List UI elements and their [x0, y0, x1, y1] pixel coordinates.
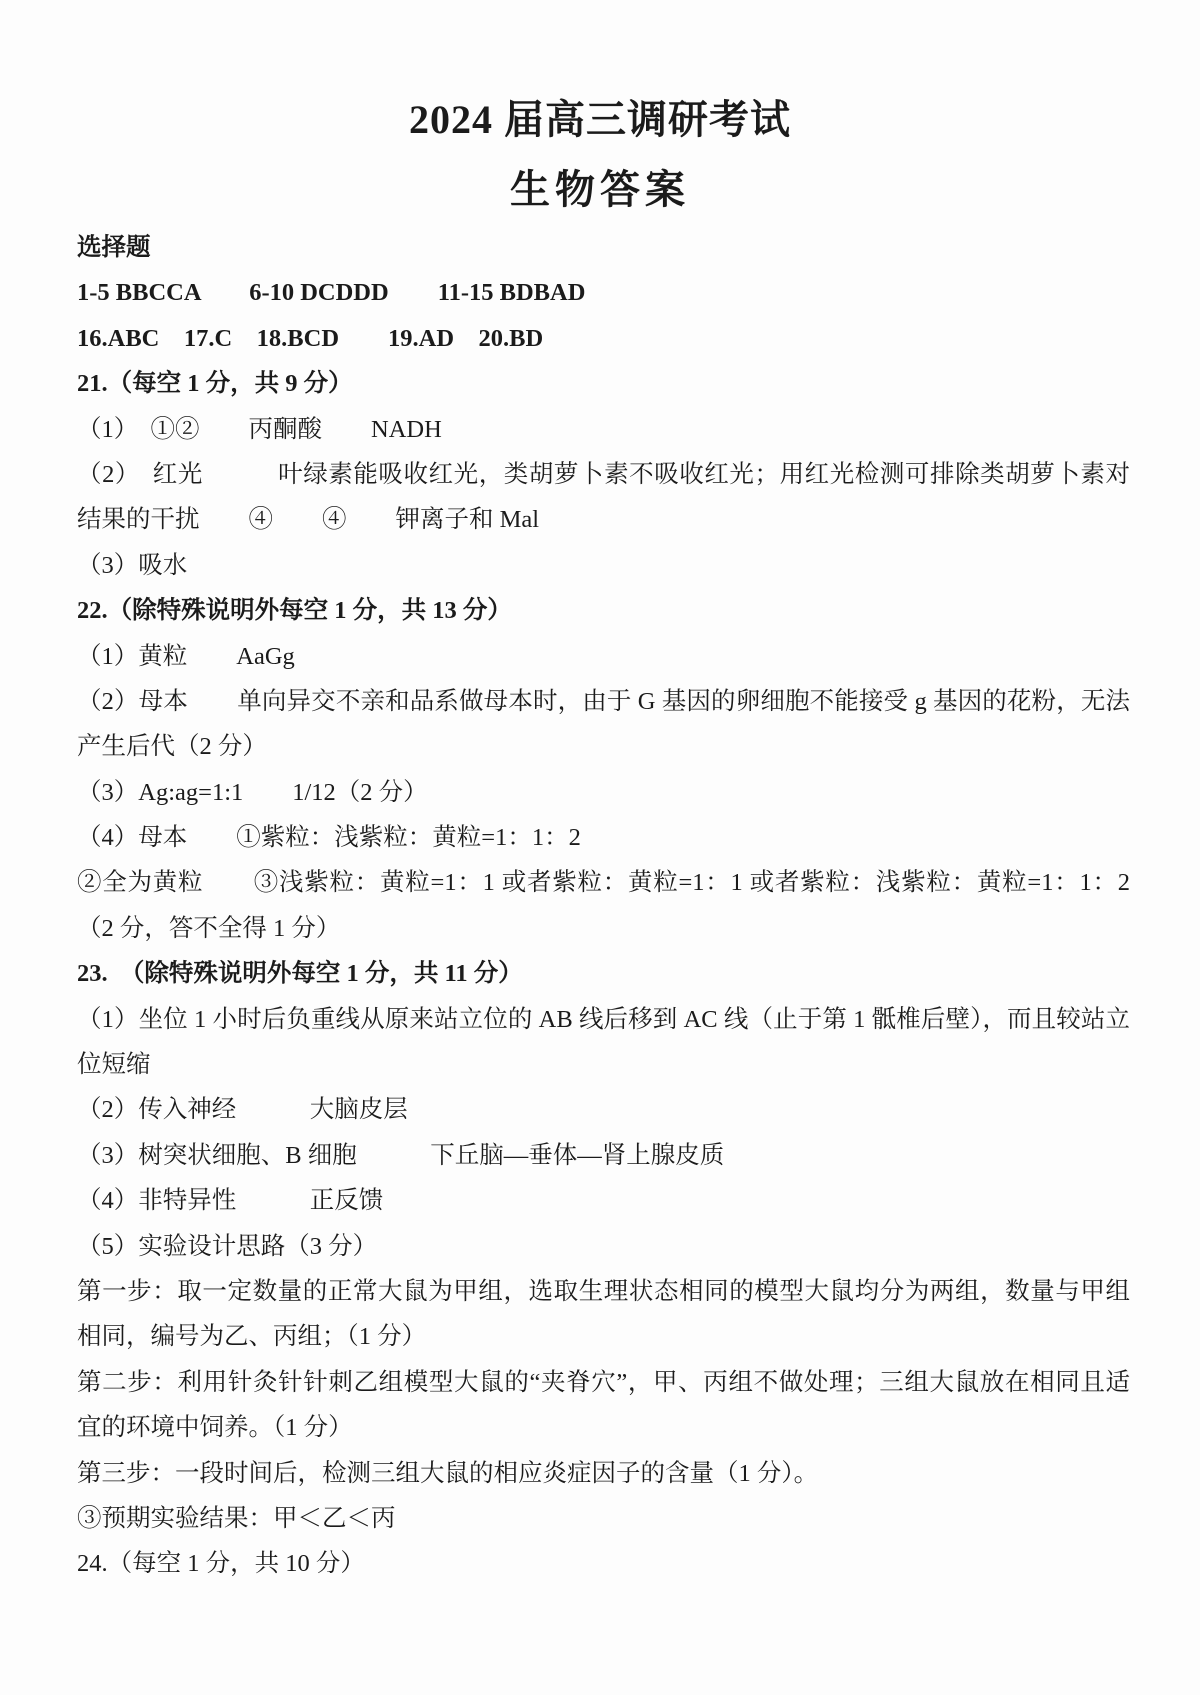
- document-header: 2024 届高三调研考试 生物答案: [0, 0, 1200, 225]
- q22-header: 22.（除特殊说明外每空 1 分，共 13 分）: [77, 588, 1130, 633]
- q23-answer-1-continued: 位短缩: [77, 1042, 1130, 1087]
- q21-header: 21.（每空 1 分，共 9 分）: [77, 361, 1130, 406]
- page-subtitle: 生物答案: [0, 155, 1200, 225]
- q21-answer-1: （1） ①② 丙酮酸 NADH: [77, 407, 1130, 452]
- q23-step-2: 第二步：利用针灸针针刺乙组模型大鼠的“夹脊穴”，甲、丙组不做处理；三组大鼠放在相…: [77, 1360, 1130, 1405]
- q23-step-2-continued: 宜的环境中饲养。（1 分）: [77, 1405, 1130, 1450]
- q21-answer-2: （2） 红光 叶绿素能吸收红光，类胡萝卜素不吸收红光；用红光检测可排除类胡萝卜素…: [77, 452, 1130, 497]
- q23-answer-2: （2）传入神经 大脑皮层: [77, 1087, 1130, 1132]
- answer-content: 选择题 1-5 BBCCA 6-10 DCDDD 11-15 BDBAD 16.…: [0, 225, 1200, 1587]
- multiple-choice-heading: 选择题: [77, 225, 1130, 270]
- q22-answer-2-continued: 产生后代（2 分）: [77, 724, 1130, 769]
- q23-step-3: 第三步：一段时间后，检测三组大鼠的相应炎症因子的含量（1 分）。: [77, 1451, 1130, 1496]
- q21-answer-3: （3）吸水: [77, 543, 1130, 588]
- q23-answer-4: （4）非特异性 正反馈: [77, 1178, 1130, 1223]
- q23-expected-result: ③预期实验结果：甲＜乙＜丙: [77, 1496, 1130, 1541]
- q23-answer-3: （3）树突状细胞、B 细胞 下丘脑—垂体—肾上腺皮质: [77, 1133, 1130, 1178]
- q22-answer-3: （3）Ag:ag=1:1 1/12（2 分）: [77, 770, 1130, 815]
- q24-header: 24.（每空 1 分，共 10 分）: [77, 1541, 1130, 1586]
- page-title: 2024 届高三调研考试: [0, 85, 1200, 155]
- q22-answer-2: （2）母本 单向异交不亲和品系做母本时，由于 G 基因的卵细胞不能接受 g 基因…: [77, 679, 1130, 724]
- q22-answer-4: （4）母本 ①紫粒：浅紫粒：黄粒=1：1：2: [77, 815, 1130, 860]
- q23-step-1: 第一步：取一定数量的正常大鼠为甲组，选取生理状态相同的模型大鼠均分为两组，数量与…: [77, 1269, 1130, 1314]
- q23-answer-5: （5）实验设计思路（3 分）: [77, 1224, 1130, 1269]
- q22-answer-1: （1）黄粒 AaGg: [77, 634, 1130, 679]
- q23-header: 23. （除特殊说明外每空 1 分，共 11 分）: [77, 951, 1130, 996]
- q21-answer-2-continued: 结果的干扰 ④ ④ 钾离子和 Mal: [77, 497, 1130, 542]
- answers-16-20: 16.ABC 17.C 18.BCD 19.AD 20.BD: [77, 316, 1130, 361]
- q23-step-1-continued: 相同，编号为乙、丙组；（1 分）: [77, 1314, 1130, 1359]
- answers-1-15: 1-5 BBCCA 6-10 DCDDD 11-15 BDBAD: [77, 270, 1130, 315]
- q23-answer-1: （1）坐位 1 小时后负重线从原来站立位的 AB 线后移到 AC 线（止于第 1…: [77, 997, 1130, 1042]
- q22-answer-4-continued: ②全为黄粒 ③浅紫粒：黄粒=1：1 或者紫粒：黄粒=1：1 或者紫粒：浅紫粒：黄…: [77, 860, 1130, 905]
- q22-answer-4-score-note: （2 分，答不全得 1 分）: [77, 906, 1130, 951]
- exam-answer-page: 2024 届高三调研考试 生物答案 选择题 1-5 BBCCA 6-10 DCD…: [0, 0, 1200, 1695]
